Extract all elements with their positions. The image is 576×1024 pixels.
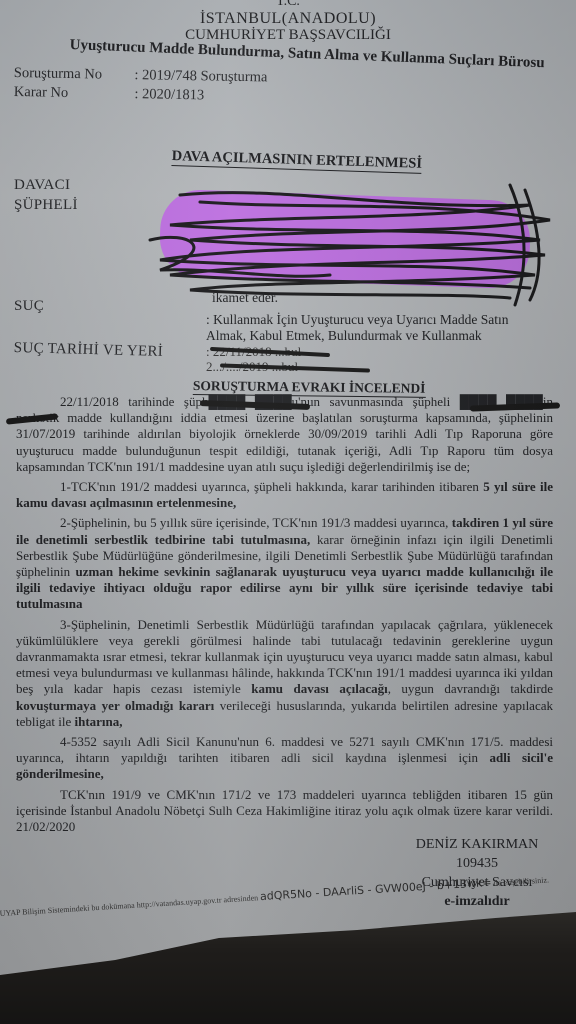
decision-body: 22/11/2018 tarihinde şüph████ ████u'nun …: [16, 394, 553, 839]
document-title: DAVA AÇILMASININ ERTELENMESİ: [171, 148, 422, 174]
redaction-scribble: [130, 180, 560, 310]
item-2: 2-Şüphelinin, bu 5 yıllık süre içerisind…: [16, 515, 553, 612]
investigation-number-row: Soruşturma No : 2019/748 Soruşturma: [14, 65, 268, 86]
plaintiff-label: DAVACI: [14, 177, 70, 194]
crime-label: SUÇ: [14, 298, 44, 315]
investigation-number-value: : 2019/748 Soruşturma: [134, 67, 267, 85]
e-signature-note: e-imzalıdır: [412, 892, 542, 911]
item-1: 1-TCK'nın 191/2 maddesi uyarınca, şüphel…: [16, 479, 553, 511]
investigation-number-label: Soruşturma No: [14, 65, 131, 84]
decision-number-label: Karar No: [14, 84, 131, 103]
decision-number-row: Karar No : 2020/1813: [14, 84, 205, 104]
header-tc: T.C.: [0, 0, 576, 10]
crime-date-label: SUÇ TARİHİ VE YERİ: [14, 340, 164, 361]
document-page: T.C. İSTANBUL(ANADOLU) CUMHURİYET BAŞSAV…: [0, 0, 576, 975]
prosecutor-name: DENİZ KAKIRMAN: [412, 835, 542, 854]
crime-value: : Kullanmak İçin Uyuşturucu veya Uyarıcı…: [206, 312, 546, 344]
item-4: 4-5352 sayılı Adli Sicil Kanunu'nun 6. m…: [16, 734, 553, 783]
suspect-address-visible: ikamet eder.: [212, 290, 278, 306]
header-city: İSTANBUL(ANADOLU): [0, 10, 576, 28]
item-3: 3-Şüphelinin, Denetimli Serbestlik Müdür…: [16, 617, 553, 730]
prosecutor-number: 109435: [412, 854, 542, 873]
suspect-label: ŞÜPHELİ: [14, 197, 78, 214]
footer-text: UYAP Bilişim Sistemindeki bu dokümana ht…: [0, 893, 258, 918]
decision-number-value: : 2020/1813: [134, 86, 204, 103]
closing-paragraph: TCK'nın 191/9 ve CMK'nın 171/2 ve 173 ma…: [16, 787, 553, 836]
